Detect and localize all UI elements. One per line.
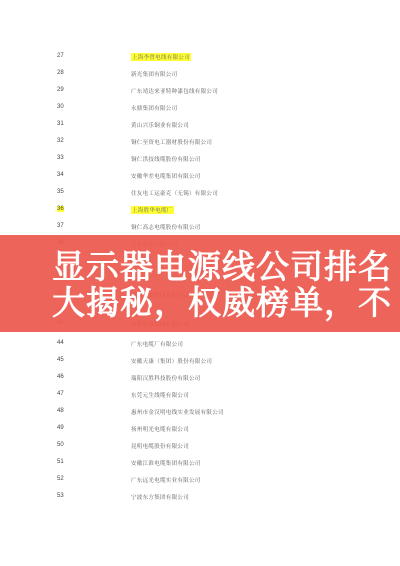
rank-number: 47 <box>57 391 64 397</box>
rank-number: 44 <box>57 340 64 346</box>
rank-number: 35 <box>57 189 64 195</box>
table-row: 46瑞阳汉胜科技股份有限公司 <box>0 371 400 385</box>
banner-title: 显示器电源线公司排名 大揭秘，权威榜单，不 <box>52 249 392 321</box>
rank-number: 33 <box>57 155 64 161</box>
company-name: 住友电工运豪克（无锡）有限公司 <box>131 189 218 197</box>
rank-number: 30 <box>57 104 64 110</box>
company-name: 新光集团有限公司 <box>131 70 177 78</box>
table-row: 51安徽江淮电缆集团有限公司 <box>0 456 400 470</box>
rank-number: 52 <box>57 476 64 482</box>
company-name: 广东远光电缆实业有限公司 <box>131 476 201 484</box>
company-name: 铜仁洪技线缆股份有限公司 <box>131 155 201 163</box>
table-row: 30永鼎集团有限公司 <box>0 101 400 115</box>
rank-number: 32 <box>57 138 64 144</box>
company-name: 铜仁至资电工器材股份有限公司 <box>131 138 212 146</box>
table-row: 33铜仁洪技线缆股份有限公司 <box>0 152 400 166</box>
rank-number: 34 <box>57 172 64 178</box>
table-row: 49扬州明光电缆有限公司 <box>0 422 400 436</box>
table-row: 44广东电缆厂有限公司 <box>0 337 400 351</box>
table-row: 31黄山兴乐铜业有限公司 <box>0 118 400 132</box>
rank-number: 27 <box>57 53 64 59</box>
rank-number: 49 <box>57 425 64 431</box>
company-name: 扬州明光电缆有限公司 <box>131 425 189 433</box>
rank-number: 50 <box>57 442 64 448</box>
table-row: 36上海胜华电缆厂 <box>0 203 400 217</box>
table-row: 34安徽华差电缆集团有限公司 <box>0 169 400 183</box>
company-name: 广东电缆厂有限公司 <box>131 340 183 348</box>
company-name: 广东靖达来亚特种漆包线有限公司 <box>131 87 218 95</box>
rank-number: 48 <box>57 408 64 414</box>
table-row: 27上海李曾电线有限公司 <box>0 50 400 64</box>
company-name: 瑞阳汉胜科技股份有限公司 <box>131 374 201 382</box>
company-name: 上海李曾电线有限公司 <box>131 53 191 61</box>
rank-number: 37 <box>57 223 64 229</box>
table-row: 29广东靖达来亚特种漆包线有限公司 <box>0 84 400 98</box>
rank-number: 31 <box>57 121 64 127</box>
company-name: 惠州市金汉明电线实业发展有限公司 <box>131 408 224 416</box>
rank-number: 36 <box>57 206 64 212</box>
table-row: 53宁波东方集团有限公司 <box>0 490 400 504</box>
rank-number: 51 <box>57 459 64 465</box>
table-row: 37铜仁高志电缆股份有限公司 <box>0 220 400 234</box>
company-name: 上海胜华电缆厂 <box>131 206 174 214</box>
rank-number: 46 <box>57 374 64 380</box>
company-name: 黄山兴乐铜业有限公司 <box>131 121 189 129</box>
rank-number: 53 <box>57 493 64 499</box>
table-row: 47东莞元生线缆有限公司 <box>0 388 400 402</box>
company-name: 安徽华差电缆集团有限公司 <box>131 172 201 180</box>
table-row: 35住友电工运豪克（无锡）有限公司 <box>0 186 400 200</box>
table-row: 48惠州市金汉明电线实业发展有限公司 <box>0 405 400 419</box>
company-name: 东莞元生线缆有限公司 <box>131 391 189 399</box>
company-name: 昆明电缆股份有限公司 <box>131 442 189 450</box>
table-row: 50昆明电缆股份有限公司 <box>0 439 400 453</box>
company-name: 铜仁高志电缆股份有限公司 <box>131 223 201 231</box>
table-row: 28新光集团有限公司 <box>0 67 400 81</box>
rank-number: 45 <box>57 357 64 363</box>
rank-number: 28 <box>57 70 64 76</box>
banner-title-line-2: 大揭秘，权威榜单，不 <box>52 285 392 321</box>
table-row: 32铜仁至资电工器材股份有限公司 <box>0 135 400 149</box>
table-row: 45安徽天康（集团）股份有限公司 <box>0 354 400 368</box>
rank-number: 29 <box>57 87 64 93</box>
banner-title-line-1: 显示器电源线公司排名 <box>52 249 392 285</box>
company-name: 安徽江淮电缆集团有限公司 <box>131 459 201 467</box>
table-row: 52广东远光电缆实业有限公司 <box>0 473 400 487</box>
company-name: 安徽天康（集团）股份有限公司 <box>131 357 212 365</box>
company-name: 宁波东方集团有限公司 <box>131 493 189 501</box>
company-name: 永鼎集团有限公司 <box>131 104 177 112</box>
